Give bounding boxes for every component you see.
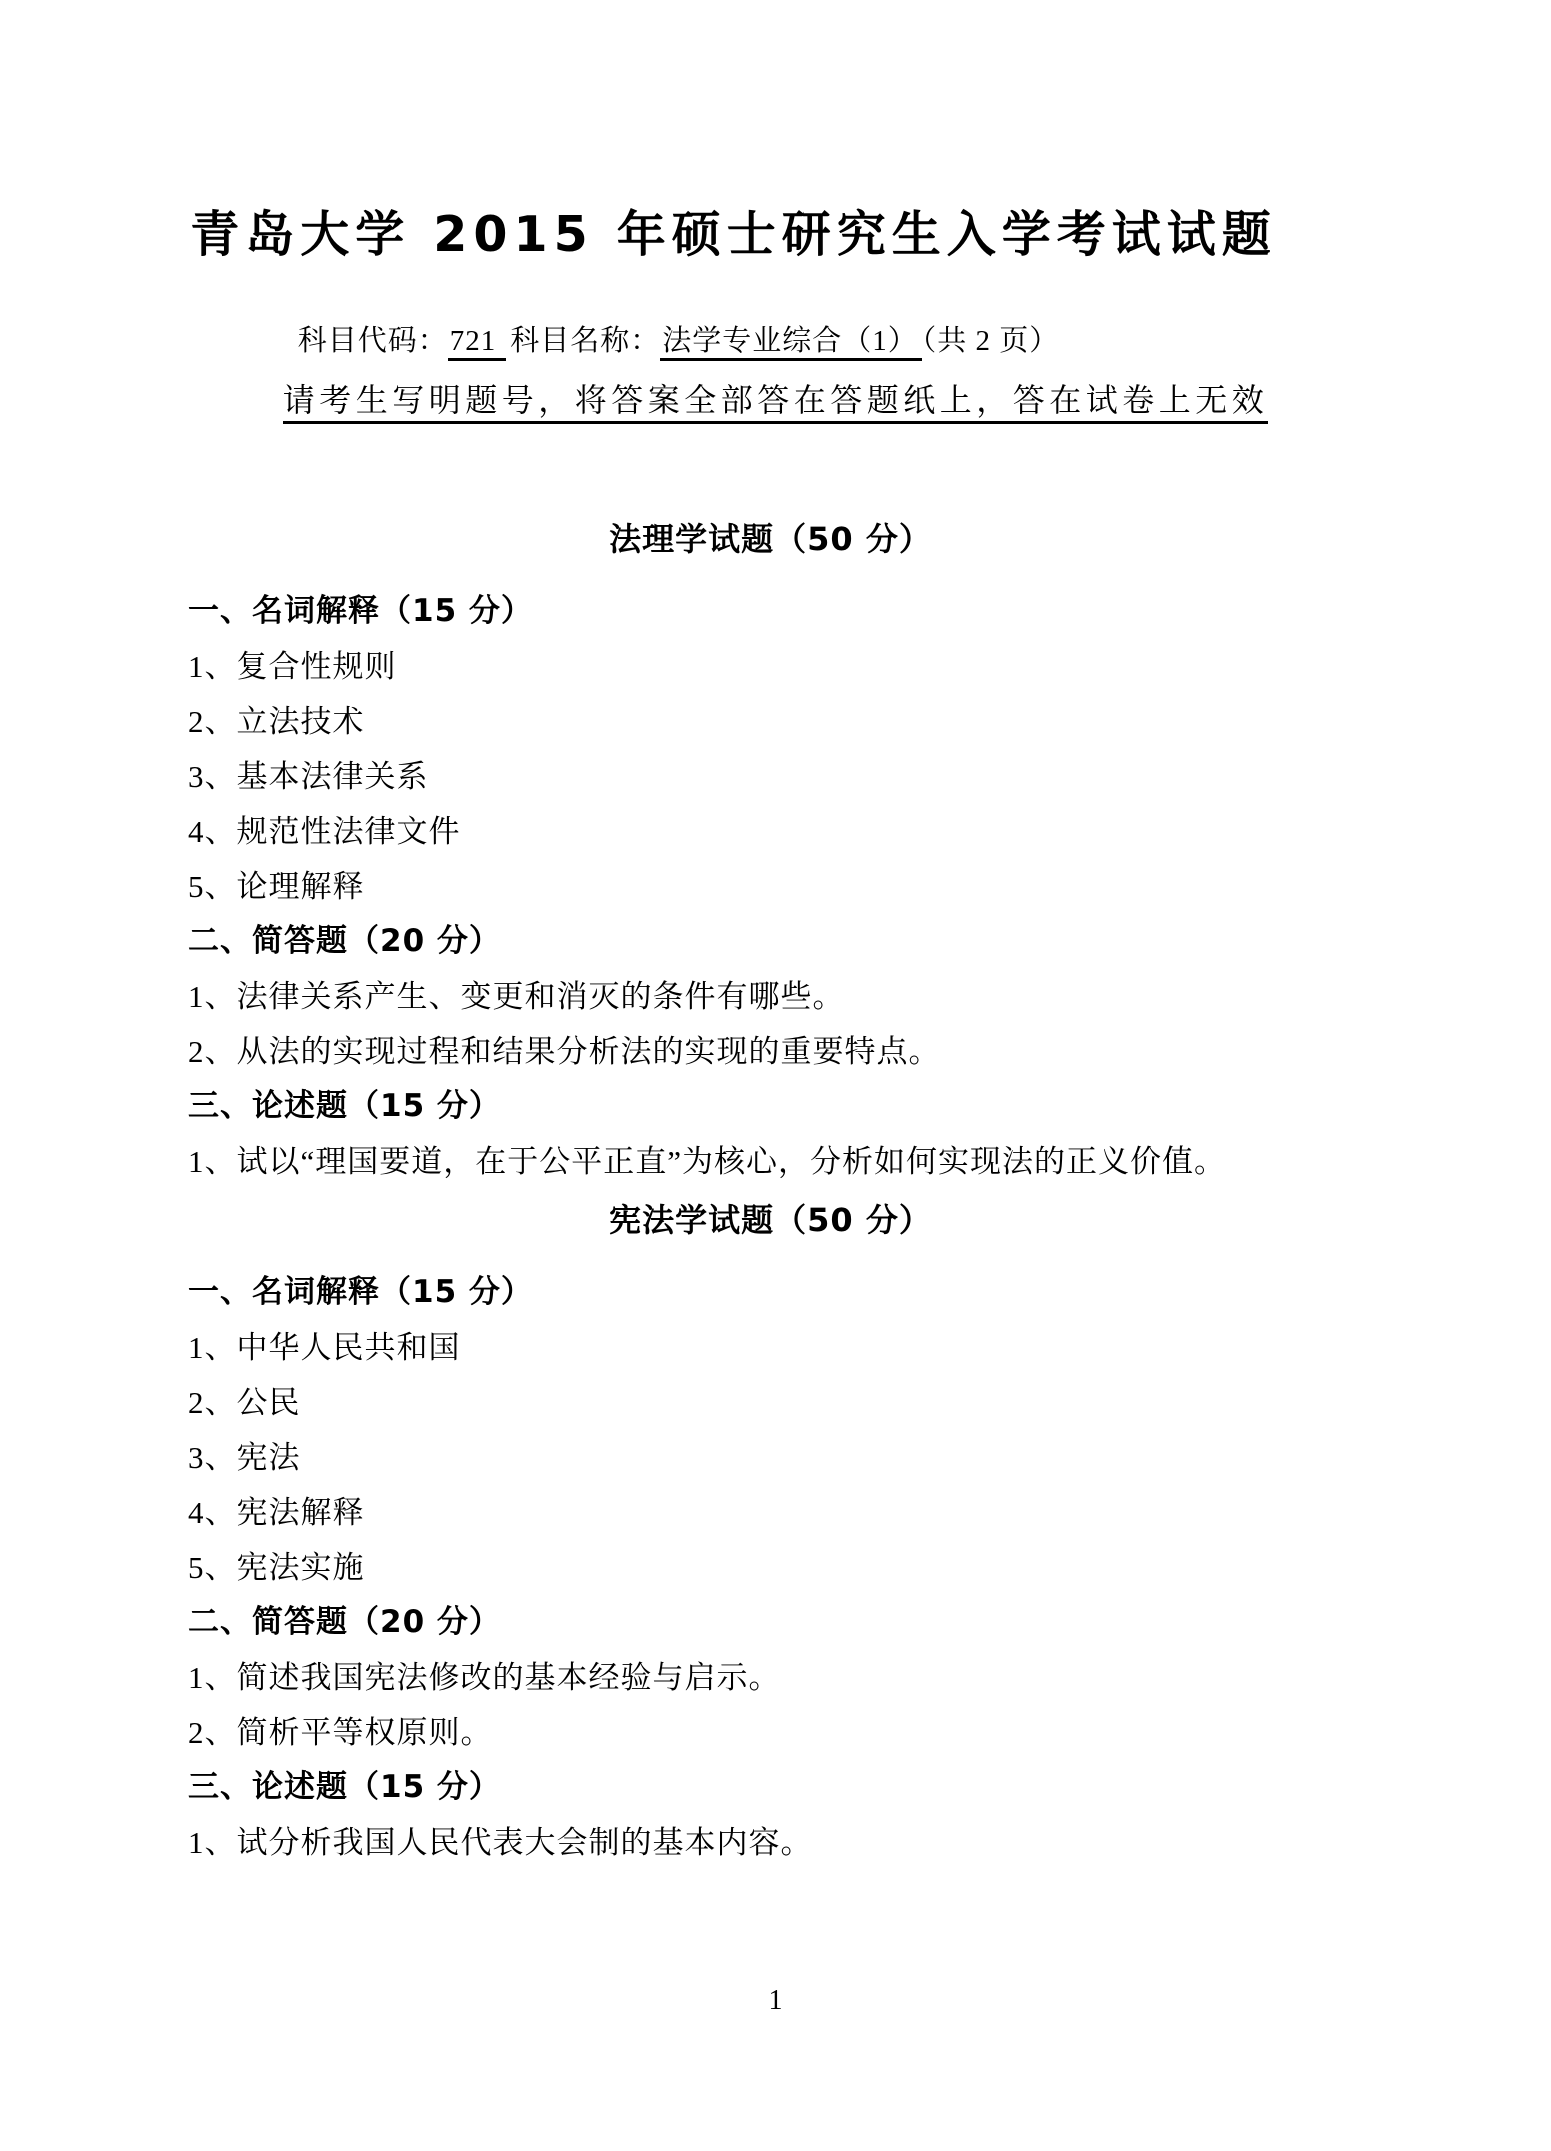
paper-body: 法理学试题（50 分） 一、名词解释（15 分） 1、复合性规则 2、立法技术 … bbox=[188, 508, 1411, 1870]
exam-title: 青岛大学 2015 年硕士研究生入学考试试题 bbox=[0, 210, 1551, 259]
question-item: 3、宪法 bbox=[188, 1430, 1411, 1485]
question-item: 2、公民 bbox=[188, 1375, 1411, 1430]
question-item: 2、从法的实现过程和结果分析法的实现的重要特点。 bbox=[188, 1024, 1411, 1079]
question-item: 1、复合性规则 bbox=[188, 639, 1411, 694]
subject-name-label: 科目名称： bbox=[510, 325, 660, 357]
notice-line: 请考生写明题号，将答案全部答在答题纸上，答在试卷上无效 bbox=[0, 381, 1551, 419]
subject-name-value: 法学专业综合（1） bbox=[660, 325, 922, 361]
notice-text: 请考生写明题号，将答案全部答在答题纸上，答在试卷上无效 bbox=[283, 382, 1269, 424]
question-item: 1、中华人民共和国 bbox=[188, 1320, 1411, 1375]
question-type-heading: 三、论述题（15 分） bbox=[188, 1760, 1411, 1815]
page-number: 1 bbox=[0, 1984, 1551, 2018]
question-item: 3、基本法律关系 bbox=[188, 749, 1411, 804]
page-count-note: （共 2 页） bbox=[922, 325, 1060, 357]
question-item: 2、立法技术 bbox=[188, 694, 1411, 749]
question-type-heading: 二、简答题（20 分） bbox=[188, 1595, 1411, 1650]
subject-code-value: 721 bbox=[448, 325, 507, 361]
question-type-heading: 一、名词解释（15 分） bbox=[188, 584, 1411, 639]
question-item: 1、法律关系产生、变更和消灭的条件有哪些。 bbox=[188, 969, 1411, 1024]
question-item: 5、论理解释 bbox=[188, 859, 1411, 914]
question-type-heading: 一、名词解释（15 分） bbox=[188, 1265, 1411, 1320]
question-item: 1、简述我国宪法修改的基本经验与启示。 bbox=[188, 1650, 1411, 1705]
exam-paper-page: 青岛大学 2015 年硕士研究生入学考试试题 科目代码：721科目名称：法学专业… bbox=[0, 0, 1551, 2151]
question-item: 5、宪法实施 bbox=[188, 1540, 1411, 1595]
question-type-heading: 二、简答题（20 分） bbox=[188, 914, 1411, 969]
question-item: 1、试分析我国人民代表大会制的基本内容。 bbox=[188, 1815, 1411, 1870]
question-item: 2、简析平等权原则。 bbox=[188, 1705, 1411, 1760]
question-item: 1、试以“理国要道，在于公平正直”为核心，分析如何实现法的正义价值。 bbox=[188, 1134, 1411, 1189]
section-heading-jurisprudence: 法理学试题（50 分） bbox=[188, 508, 1411, 584]
section-heading-constitutional-law: 宪法学试题（50 分） bbox=[188, 1189, 1411, 1265]
question-type-heading: 三、论述题（15 分） bbox=[188, 1079, 1411, 1134]
subject-line: 科目代码：721科目名称：法学专业综合（1）（共 2 页） bbox=[0, 324, 1551, 359]
question-item: 4、规范性法律文件 bbox=[188, 804, 1411, 859]
question-item: 4、宪法解释 bbox=[188, 1485, 1411, 1540]
subject-code-label: 科目代码： bbox=[298, 325, 448, 357]
